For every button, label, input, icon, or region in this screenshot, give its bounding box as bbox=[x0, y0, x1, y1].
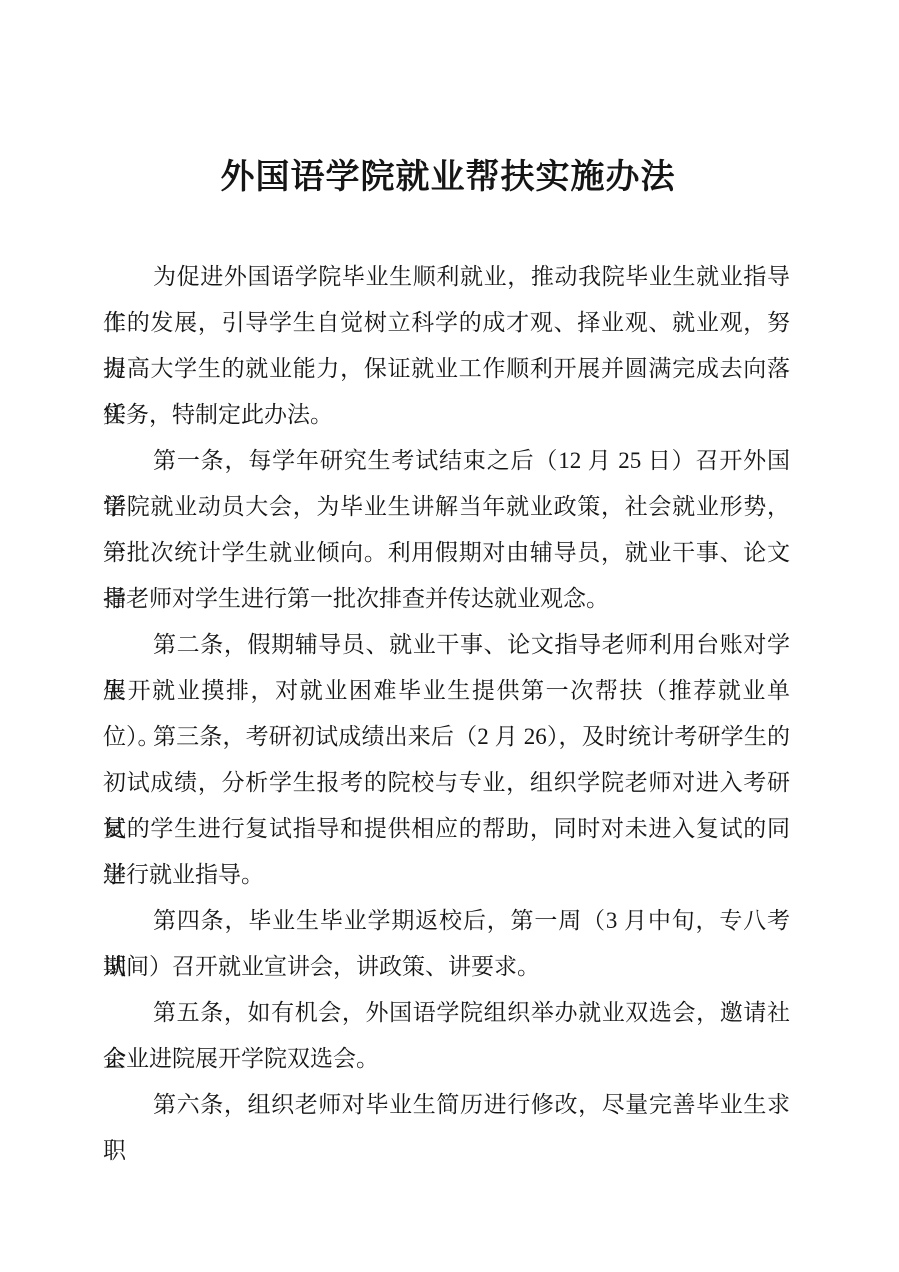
paragraph-line: 作的发展，引导学生自觉树立科学的成才观、择业观、就业观，努力 bbox=[103, 300, 790, 346]
paragraph-line: 试的学生进行复试指导和提供相应的帮助，同时对未进入复试的同学 bbox=[103, 806, 790, 852]
paragraph-intro: 为促进外国语学院毕业生顺利就业，推动我院毕业生就业指导工 作的发展，引导学生自觉… bbox=[103, 254, 790, 438]
paragraph-line: 一批次统计学生就业倾向。利用假期对由辅导员，就业干事、论文指 bbox=[103, 530, 790, 576]
paragraph-line: 企业进院展开学院双选会。 bbox=[103, 1036, 790, 1082]
paragraph-article-5: 第五条，如有机会，外国语学院组织举办就业双选会，邀请社会 企业进院展开学院双选会… bbox=[103, 990, 790, 1082]
paragraph-line: 初试成绩，分析学生报考的院校与专业，组织学院老师对进入考研复 bbox=[103, 760, 790, 806]
paragraph-line: 展开就业摸排，对就业困难毕业生提供第一次帮扶（推荐就业单位）。 bbox=[103, 668, 790, 714]
paragraph-line: 为促进外国语学院毕业生顺利就业，推动我院毕业生就业指导工 bbox=[103, 254, 790, 300]
paragraph-line: 第一条，每学年研究生考试结束之后（12 月 25 日）召开外国语 bbox=[103, 438, 790, 484]
paragraph-line: 第五条，如有机会，外国语学院组织举办就业双选会，邀请社会 bbox=[103, 990, 790, 1036]
paragraph-line: 导老师对学生进行第一批次排查并传达就业观念。 bbox=[103, 576, 790, 622]
paragraph-line: 进行就业指导。 bbox=[103, 852, 790, 898]
paragraph-article-1: 第一条，每学年研究生考试结束之后（12 月 25 日）召开外国语 学院就业动员大… bbox=[103, 438, 790, 622]
paragraph-line: 第六条，组织老师对毕业生简历进行修改，尽量完善毕业生求职 bbox=[103, 1082, 790, 1128]
paragraph-article-3: 第三条，考研初试成绩出来后（2 月 26），及时统计考研学生的 初试成绩，分析学… bbox=[103, 714, 790, 898]
paragraph-line: 第四条，毕业生毕业学期返校后，第一周（3 月中旬，专八考试 bbox=[103, 898, 790, 944]
paragraph-line: 期间）召开就业宣讲会，讲政策、讲要求。 bbox=[103, 944, 790, 990]
paragraph-article-6: 第六条，组织老师对毕业生简历进行修改，尽量完善毕业生求职 bbox=[103, 1082, 790, 1128]
paragraph-line: 第二条，假期辅导员、就业干事、论文指导老师利用台账对学生 bbox=[103, 622, 790, 668]
paragraph-article-4: 第四条，毕业生毕业学期返校后，第一周（3 月中旬，专八考试 期间）召开就业宣讲会… bbox=[103, 898, 790, 990]
document-title: 外国语学院就业帮扶实施办法 bbox=[103, 154, 793, 202]
paragraph-line: 学院就业动员大会，为毕业生讲解当年就业政策，社会就业形势，第 bbox=[103, 484, 790, 530]
document-body: 为促进外国语学院毕业生顺利就业，推动我院毕业生就业指导工 作的发展，引导学生自觉… bbox=[103, 254, 790, 1128]
paragraph-line: 任务，特制定此办法。 bbox=[103, 392, 790, 438]
paragraph-article-2: 第二条，假期辅导员、就业干事、论文指导老师利用台账对学生 展开就业摸排，对就业困… bbox=[103, 622, 790, 714]
paragraph-line: 第三条，考研初试成绩出来后（2 月 26），及时统计考研学生的 bbox=[103, 714, 790, 760]
document-page: 外国语学院就业帮扶实施办法 为促进外国语学院毕业生顺利就业，推动我院毕业生就业指… bbox=[0, 0, 899, 1272]
paragraph-line: 提高大学生的就业能力，保证就业工作顺利开展并圆满完成去向落实 bbox=[103, 346, 790, 392]
